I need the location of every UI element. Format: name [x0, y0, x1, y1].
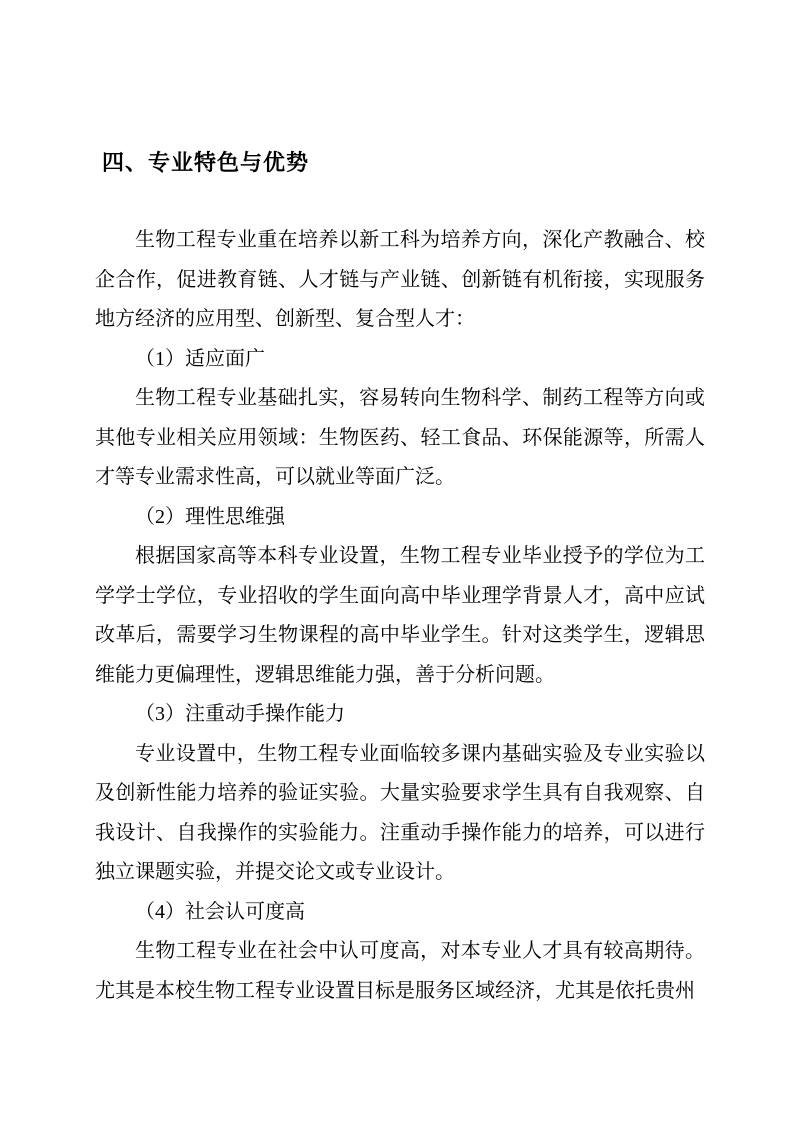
- paragraph-point-2: 根据国家高等本科专业设置，生物工程专业毕业授予的学位为工学学士学位，专业招收的学…: [95, 537, 705, 695]
- subheading-point-2: （2）理性思维强: [95, 498, 705, 538]
- subheading-point-4: （4）社会认可度高: [95, 893, 705, 933]
- section-heading: 四、专业特色与优势: [102, 148, 705, 178]
- paragraph-point-1: 生物工程专业基础扎实，容易转向生物科学、制药工程等方向或其他专业相关应用领域：生…: [95, 379, 705, 498]
- paragraph-point-3: 专业设置中，生物工程专业面临较多课内基础实验及专业实验以及创新性能力培养的验证实…: [95, 735, 705, 893]
- subheading-point-1: （1）适应面广: [95, 340, 705, 380]
- paragraph-point-4: 生物工程专业在社会中认可度高，对本专业人才具有较高期待。尤其是本校生物工程专业设…: [95, 932, 705, 1011]
- paragraph-intro: 生物工程专业重在培养以新工科为培养方向，深化产教融合、校企合作，促进教育链、人才…: [95, 221, 705, 340]
- page-content: 四、专业特色与优势 生物工程专业重在培养以新工科为培养方向，深化产教融合、校企合…: [0, 0, 793, 1011]
- document-page: 四、专业特色与优势 生物工程专业重在培养以新工科为培养方向，深化产教融合、校企合…: [0, 0, 793, 1122]
- subheading-point-3: （3）注重动手操作能力: [95, 695, 705, 735]
